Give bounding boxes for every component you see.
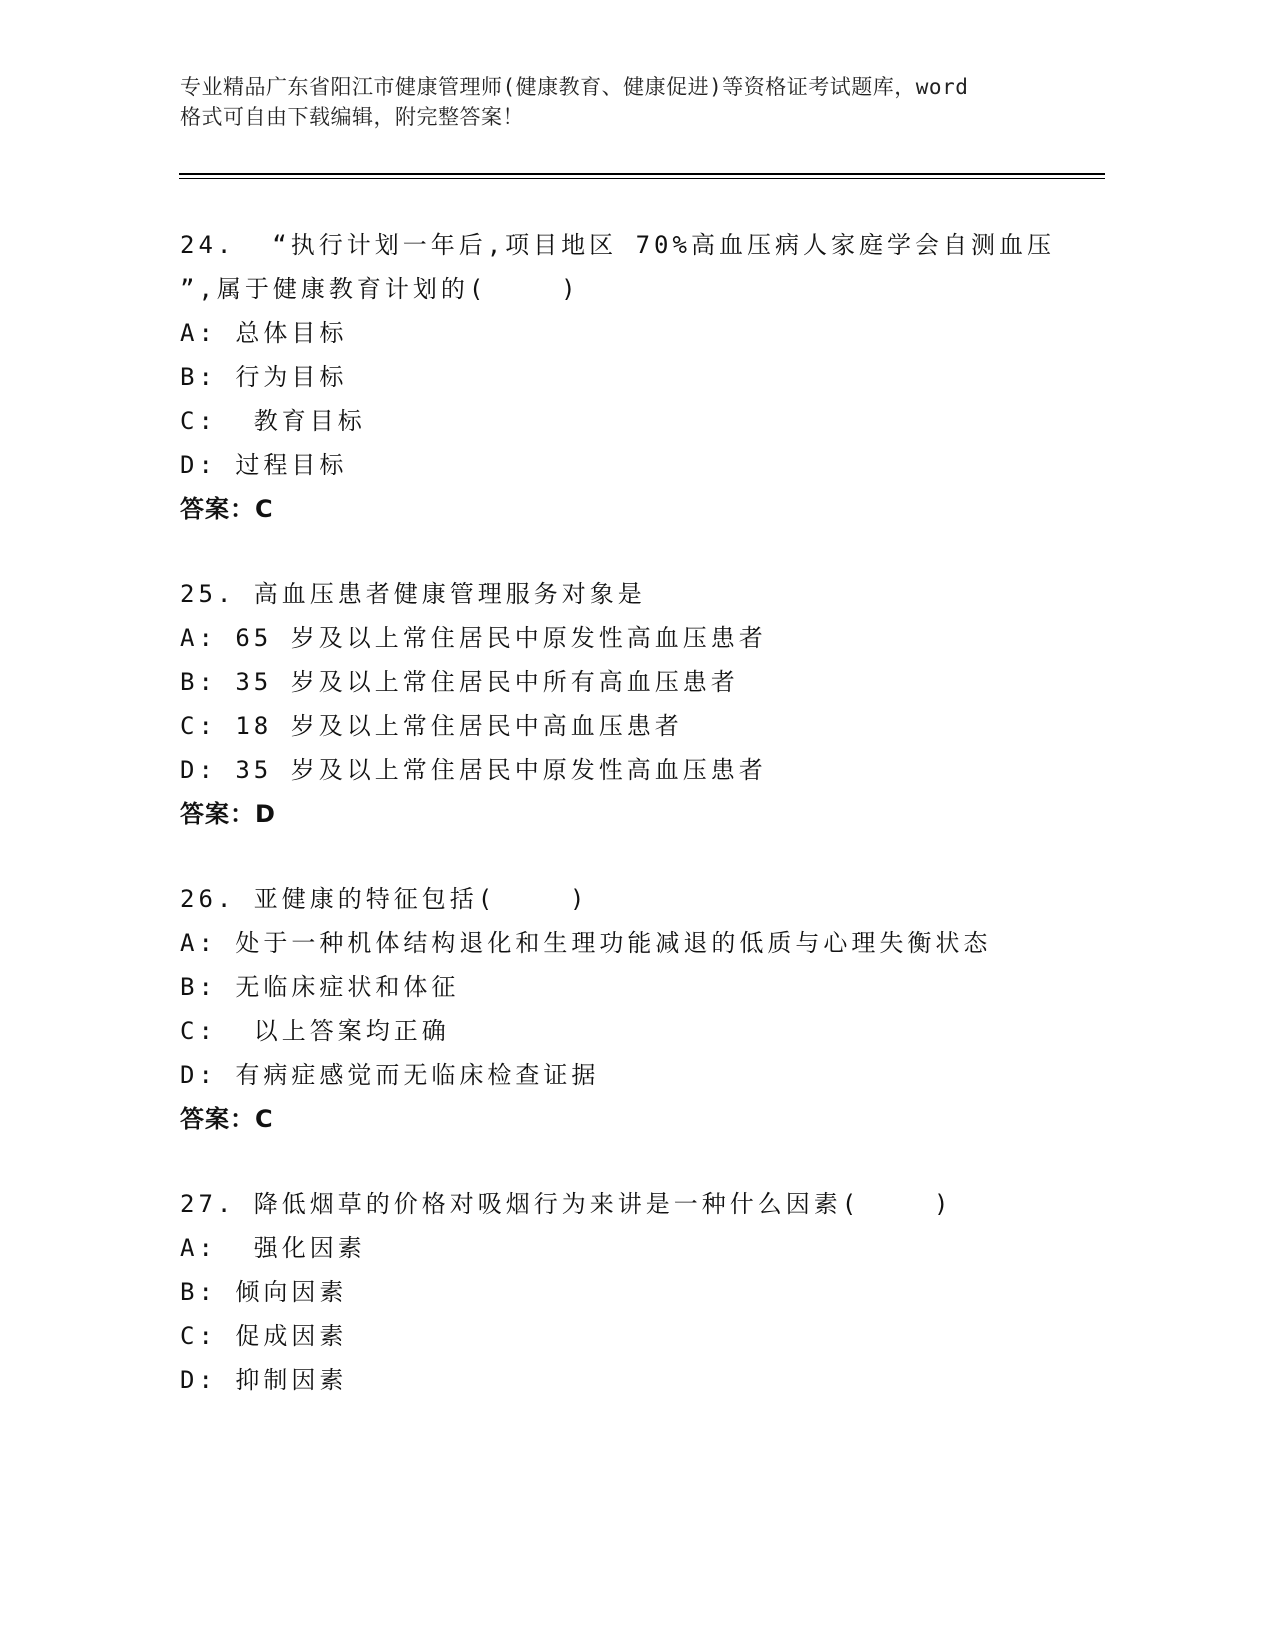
header-divider [179,173,1105,179]
option-c: C: 教育目标 [180,399,1080,443]
option-d: D: 抑制因素 [180,1358,1080,1402]
question-26: 26. 亚健康的特征包括( ) A: 处于一种机体结构退化和生理功能减退的低质与… [180,877,1080,1141]
option-a: A: 总体目标 [180,311,1080,355]
header-line-2: 格式可自由下载编辑，附完整答案！ [180,102,1080,132]
option-d: D: 过程目标 [180,443,1080,487]
option-b: B: 行为目标 [180,355,1080,399]
option-b: B: 35 岁及以上常住居民中所有高血压患者 [180,660,1080,704]
option-c: C: 18 岁及以上常住居民中高血压患者 [180,704,1080,748]
question-stem: 25. 高血压患者健康管理服务对象是 [180,572,1080,616]
answer-label: 答案：D [180,792,1080,836]
question-24: 24. “执行计划一年后,项目地区 70%高血压病人家庭学会自测血压 ”,属于健… [180,223,1080,531]
question-stem: 27. 降低烟草的价格对吸烟行为来讲是一种什么因素( ) [180,1182,1080,1226]
question-stem: 26. 亚健康的特征包括( ) [180,877,1080,921]
question-25: 25. 高血压患者健康管理服务对象是 A: 65 岁及以上常住居民中原发性高血压… [180,572,1080,836]
option-d: D: 有病症感觉而无临床检查证据 [180,1053,1080,1097]
option-c: C: 促成因素 [180,1314,1080,1358]
option-b: B: 无临床症状和体征 [180,965,1080,1009]
question-27: 27. 降低烟草的价格对吸烟行为来讲是一种什么因素( ) A: 强化因素 B: … [180,1182,1080,1402]
option-c: C: 以上答案均正确 [180,1009,1080,1053]
option-a: A: 强化因素 [180,1226,1080,1270]
question-stem: ”,属于健康教育计划的( ) [180,267,1080,311]
document-header: 专业精品广东省阳江市健康管理师(健康教育、健康促进)等资格证考试题库，word … [180,72,1080,132]
question-stem: 24. “执行计划一年后,项目地区 70%高血压病人家庭学会自测血压 [180,223,1080,267]
option-b: B: 倾向因素 [180,1270,1080,1314]
answer-label: 答案：C [180,487,1080,531]
answer-label: 答案：C [180,1097,1080,1141]
option-a: A: 处于一种机体结构退化和生理功能减退的低质与心理失衡状态 [180,921,1080,965]
option-d: D: 35 岁及以上常住居民中原发性高血压患者 [180,748,1080,792]
header-line-1: 专业精品广东省阳江市健康管理师(健康教育、健康促进)等资格证考试题库，word [180,72,1080,102]
option-a: A: 65 岁及以上常住居民中原发性高血压患者 [180,616,1080,660]
